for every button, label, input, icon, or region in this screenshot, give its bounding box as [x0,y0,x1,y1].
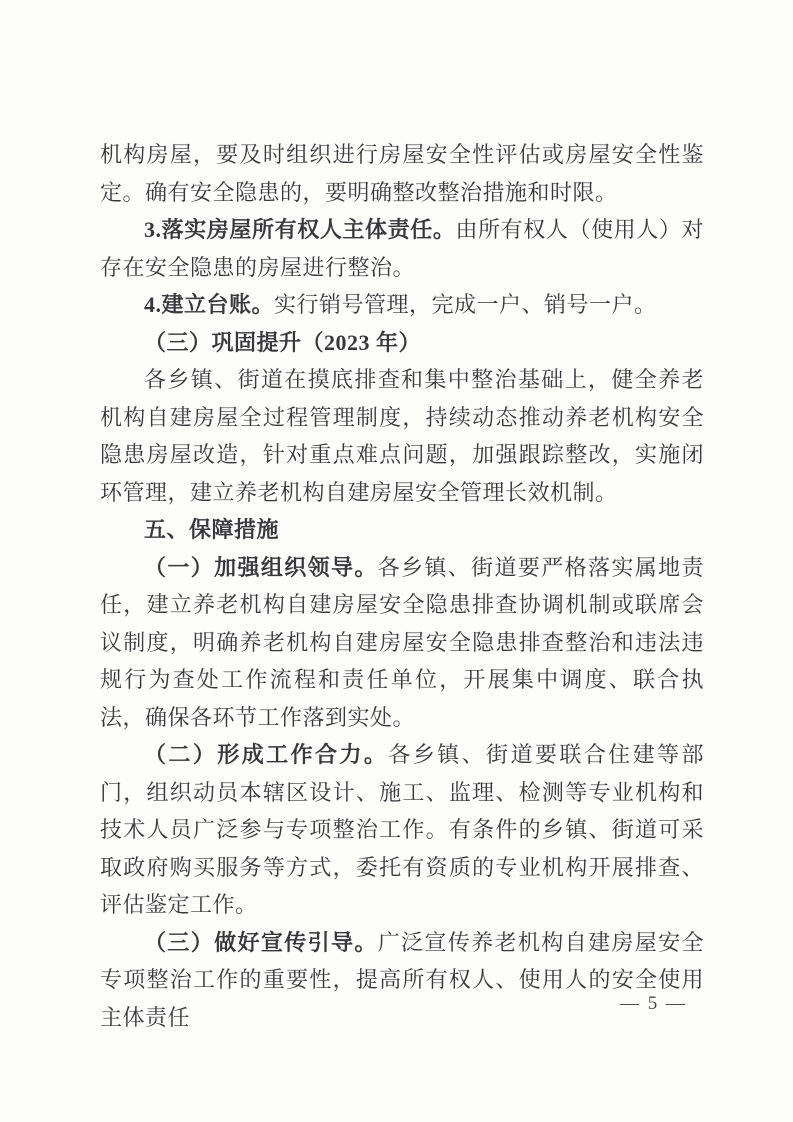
paragraph-text: 各乡镇、街道要联合住建等部门，组织动员本辖区设计、施工、监理、检测等专业机构和技… [100,742,704,917]
paragraph-lead: 五、保障措施 [144,517,279,542]
paragraph-lead: （三）做好宣传引导。 [144,930,378,955]
paragraph-lead: 3.落实房屋所有权人主体责任。 [144,217,455,242]
subsection-heading-3: （三）巩固提升（2023 年） [100,324,704,362]
paragraph-item-4: 4.建立台账。实行销号管理，完成一户、销号一户。 [100,286,704,324]
paragraph-text: 机构房屋，要及时组织进行房屋安全性评估或房屋安全性鉴定。确有安全隐患的，要明确整… [100,142,704,205]
paragraph-lead: （三）巩固提升（2023 年） [144,330,421,355]
section-heading-5: 五、保障措施 [100,511,704,549]
paragraph-measure-3: （三）做好宣传引导。广泛宣传养老机构自建房屋安全专项整治工作的重要性，提高所有权… [100,924,704,1037]
paragraph-item-3: 3.落实房屋所有权人主体责任。由所有权人（使用人）对存在安全隐患的房屋进行整治。 [100,211,704,286]
paragraph-body: 各乡镇、街道在摸底排查和集中整治基础上，健全养老机构自建房屋全过程管理制度，持续… [100,361,704,511]
paragraph-continuation: 机构房屋，要及时组织进行房屋安全性评估或房屋安全性鉴定。确有安全隐患的，要明确整… [100,136,704,211]
paragraph-lead: （一）加强组织领导。 [144,555,378,580]
paragraph-measure-2: （二）形成工作合力。各乡镇、街道要联合住建等部门，组织动员本辖区设计、施工、监理… [100,736,704,924]
paragraph-lead: 4.建立台账。 [144,292,274,317]
paragraph-text: 各乡镇、街道要严格落实属地责任，建立养老机构自建房屋安全隐患排查协调机制或联席会… [100,555,704,730]
document-page: 机构房屋，要及时组织进行房屋安全性评估或房屋安全性鉴定。确有安全隐患的，要明确整… [0,0,793,1122]
paragraph-measure-1: （一）加强组织领导。各乡镇、街道要严格落实属地责任，建立养老机构自建房屋安全隐患… [100,549,704,737]
document-body: 机构房屋，要及时组织进行房屋安全性评估或房屋安全性鉴定。确有安全隐患的，要明确整… [100,136,704,1036]
paragraph-text: 各乡镇、街道在摸底排查和集中整治基础上，健全养老机构自建房屋全过程管理制度，持续… [100,367,704,505]
page-number: — 5 — [620,993,687,1015]
paragraph-text: 实行销号管理，完成一户、销号一户。 [274,292,657,317]
paragraph-lead: （二）形成工作合力。 [144,742,388,767]
page-number-label: — 5 — [620,993,687,1014]
